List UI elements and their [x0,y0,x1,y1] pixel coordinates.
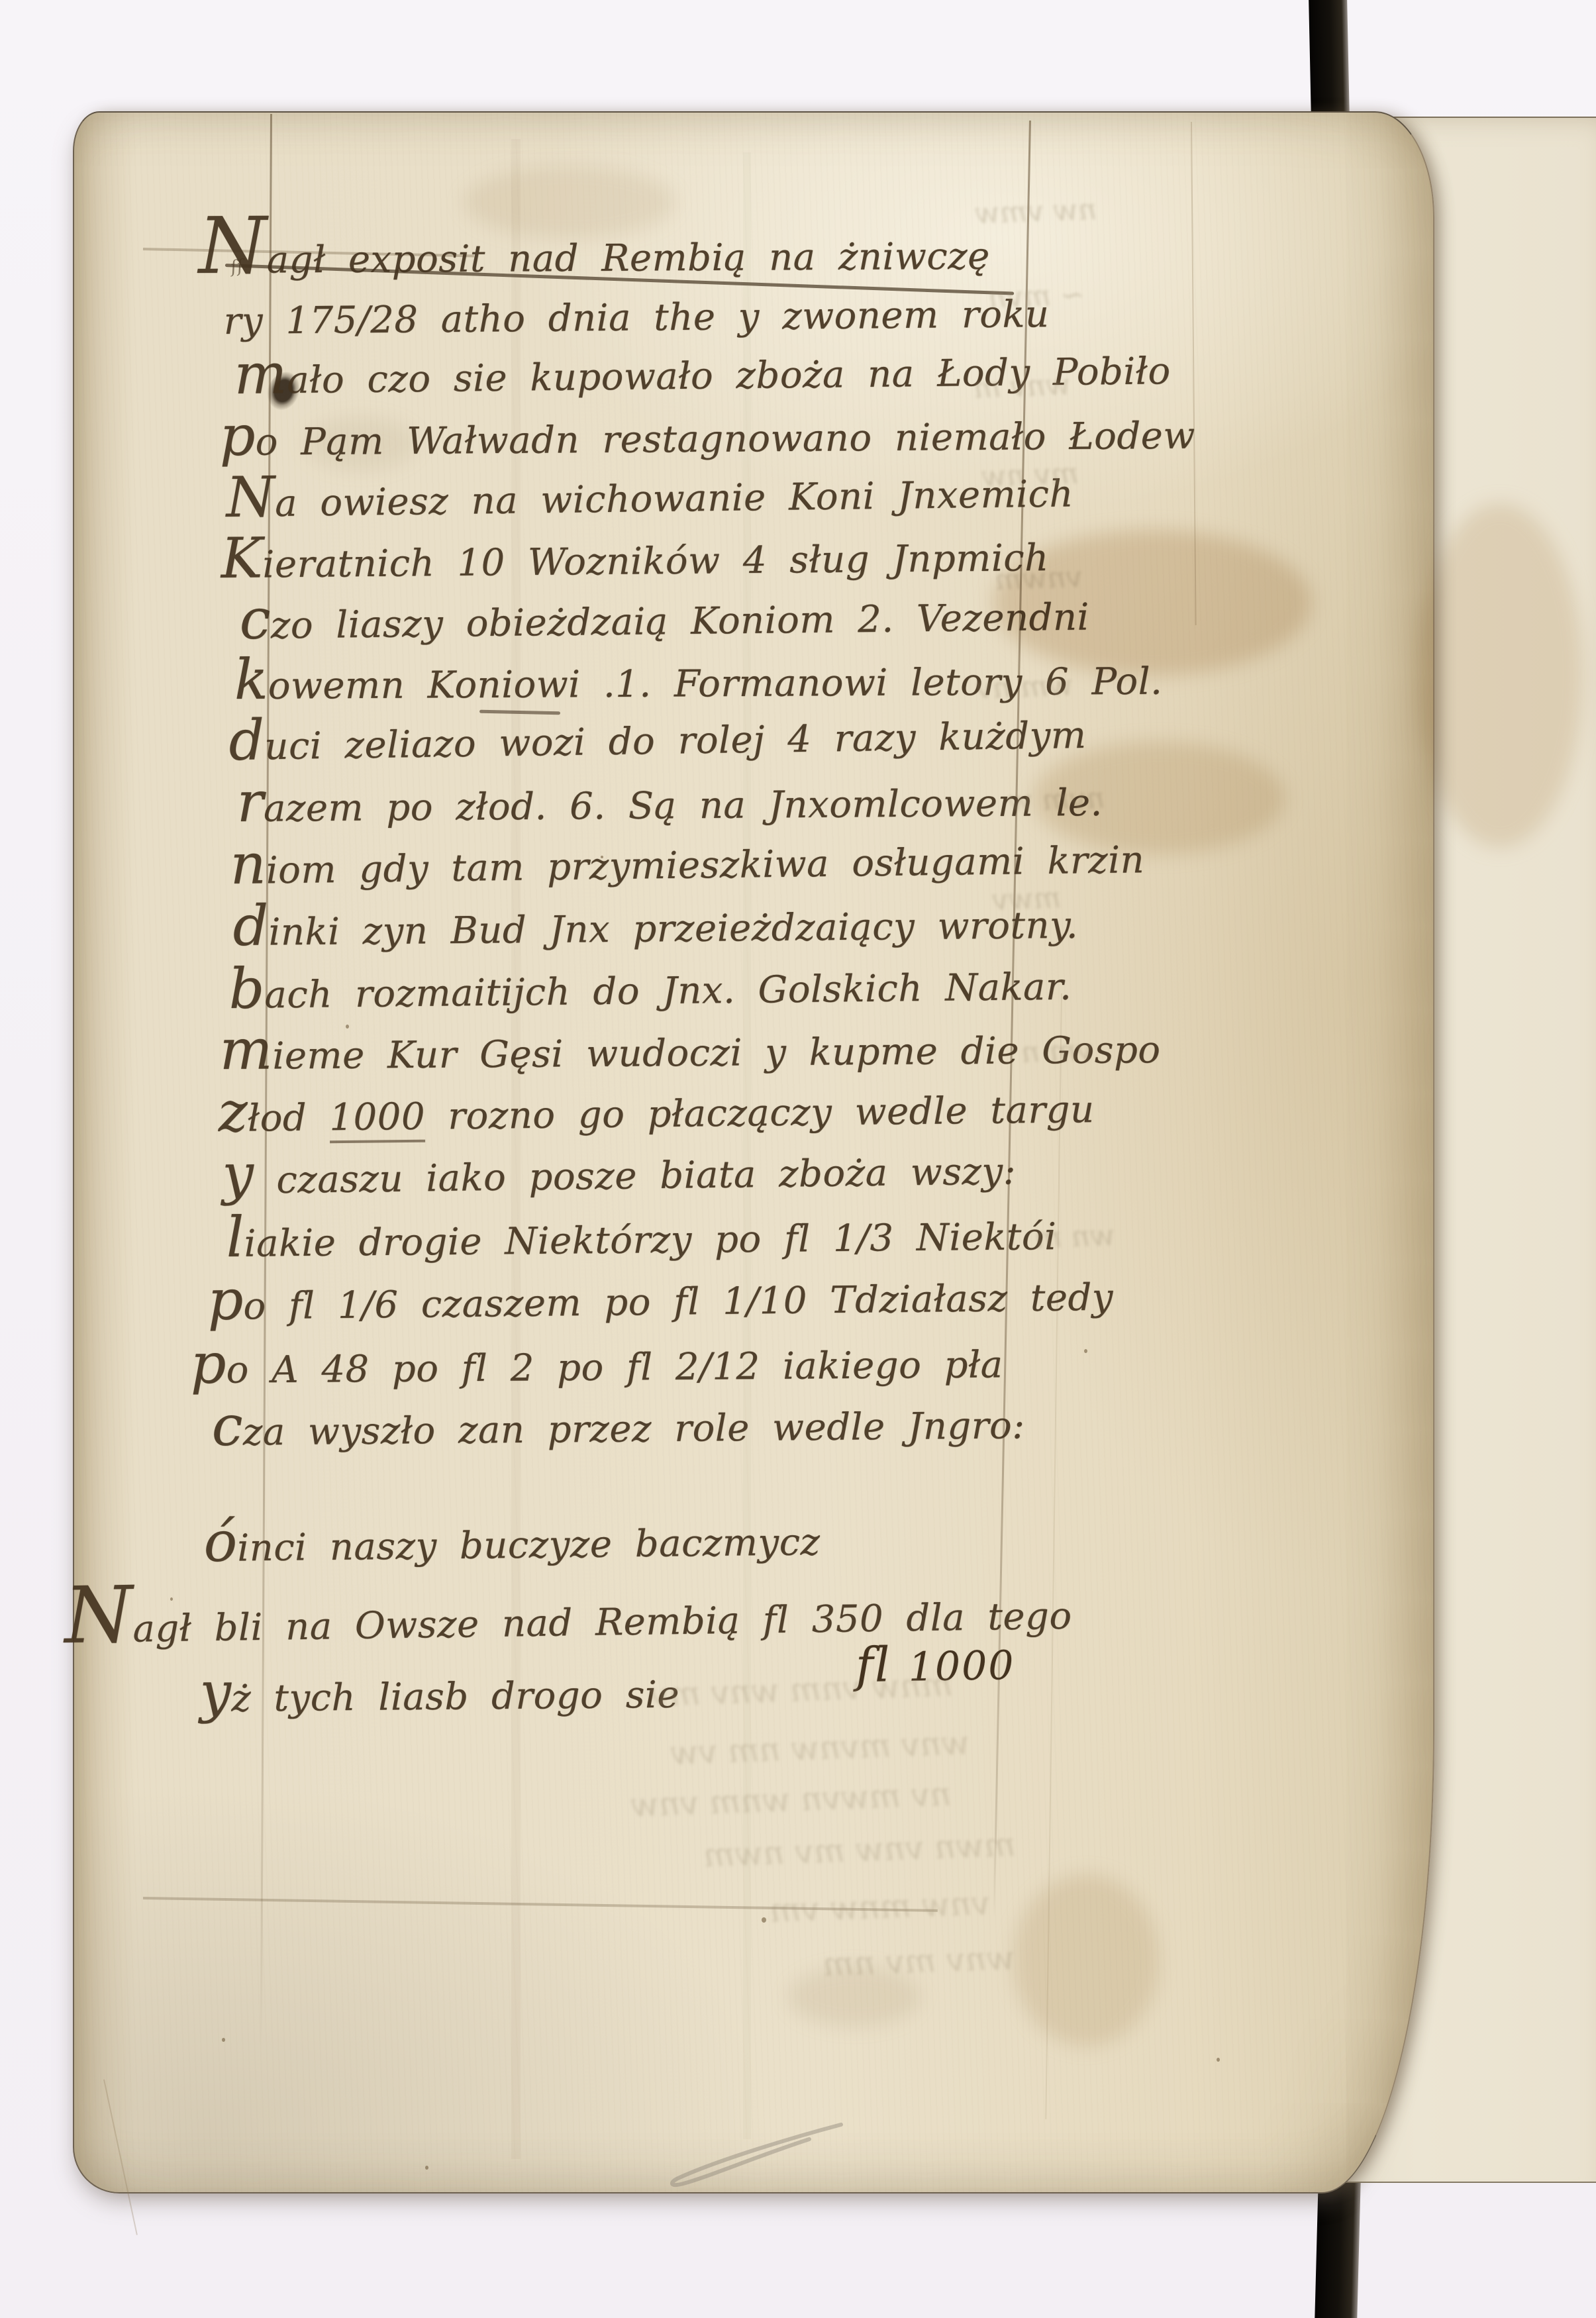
show-through-text: wm nv [975,668,1073,705]
show-through-text: vnw mnw vm [769,1884,991,1930]
manuscript-line: cza wyszło zan przez role wedle Jngro: [212,1407,1025,1452]
show-through-text: wnv mvnw nm vw [670,1723,970,1772]
manuscript-line: y czaszu iako posze biata zboża wszy: [222,1153,1016,1200]
show-through-text: wn m [1034,1219,1115,1255]
show-through-text: vm n [1021,1033,1094,1070]
paper-speck [762,1917,766,1923]
manuscript-line: czo liaszy obieżdzaią Koniom 2. Vezendni [239,599,1089,645]
pencil-squiggle [657,2113,856,2208]
manuscript-line: po Pąm Wałwadn restagnowano niemało Łode… [220,418,1195,462]
manuscript-closing-line: yż tych liasb drogo sie [200,1677,680,1718]
manuscript-line: óinci naszy buczyze baczmycz [203,1524,820,1568]
manuscript-line: bach rozmaitijch do Jnx. Golskich Nakar. [228,969,1072,1015]
show-through-text: nvm w [1007,781,1105,818]
manuscript-line: duci zeliazo wozi do rolej 4 razy kużdym [228,717,1086,766]
paper-speck [601,856,603,858]
show-through-text: mwv [991,881,1062,917]
manuscript-line: złod 1000 rozno go płaczączy wedle targu [218,1091,1094,1138]
paper-speck [1084,1349,1087,1353]
manuscript-line: po fl 1/6 czaszem po fl 1/10 Tdziałasz t… [207,1280,1113,1326]
bookmark-ribbon-bottom [1315,2182,1360,2318]
show-through-text: mnw vnm wnv mv [650,1665,954,1714]
bookmark-ribbon-top [1309,0,1350,117]
manuscript-line: razem po złod. 6. Są na Jnxomlcowem le. [237,785,1103,828]
paper-speck [425,2166,428,2170]
show-through-text: wnv mv nm [822,1939,1015,1984]
paper-speck [222,2038,225,2042]
manuscript-line: liakie drogie Niektórzy po fl 1/3 Niektó… [226,1219,1057,1263]
manuscript-line: dinki zyn Bud Jnx przeieżdzaiący wrotny. [233,907,1079,952]
manuscript-line: mieme Kur Gęsi wudoczi y kupme die Gospo [220,1032,1161,1076]
manuscript-line: Kieratnich 10 Wozników 4 sług Jnpmich [221,540,1049,584]
show-through-text: nv mwvn wnm vnw [630,1775,952,1825]
corner-crease [103,2080,138,2235]
show-through-text: nw vmw [974,193,1097,230]
show-through-text: vnwm [994,560,1083,597]
paper-speck [346,1025,349,1029]
show-through-text: ~ mvn [987,277,1085,315]
show-through-text: wnv m [973,368,1071,405]
manuscript-line: Na owiesz na wichowanie Koni Jnxemich [226,476,1073,523]
manuscript-line: po A 48 po fl 2 po fl 2/12 iakiego pła [191,1346,1003,1389]
lower-right-crease [1045,993,1062,2119]
manuscript-line: ry 175/28 atho dnia the y zwonem roku [224,296,1050,340]
fore-edge-crease [1191,122,1197,625]
paper-speck [170,1597,173,1601]
underlined-amount: 1000 [329,1095,425,1144]
manuscript-scan: ſſ Nagł exposit nad Rembią na żniwczę ry… [0,0,1596,2318]
paper-speck [1217,2058,1220,2062]
line-initial: N [198,200,267,291]
manuscript-page: ſſ Nagł exposit nad Rembią na żniwczę ry… [73,111,1434,2193]
manuscript-line: Nagł exposit nad Rembią na żniwczę [199,238,990,279]
show-through-text: mv nw [981,456,1079,493]
